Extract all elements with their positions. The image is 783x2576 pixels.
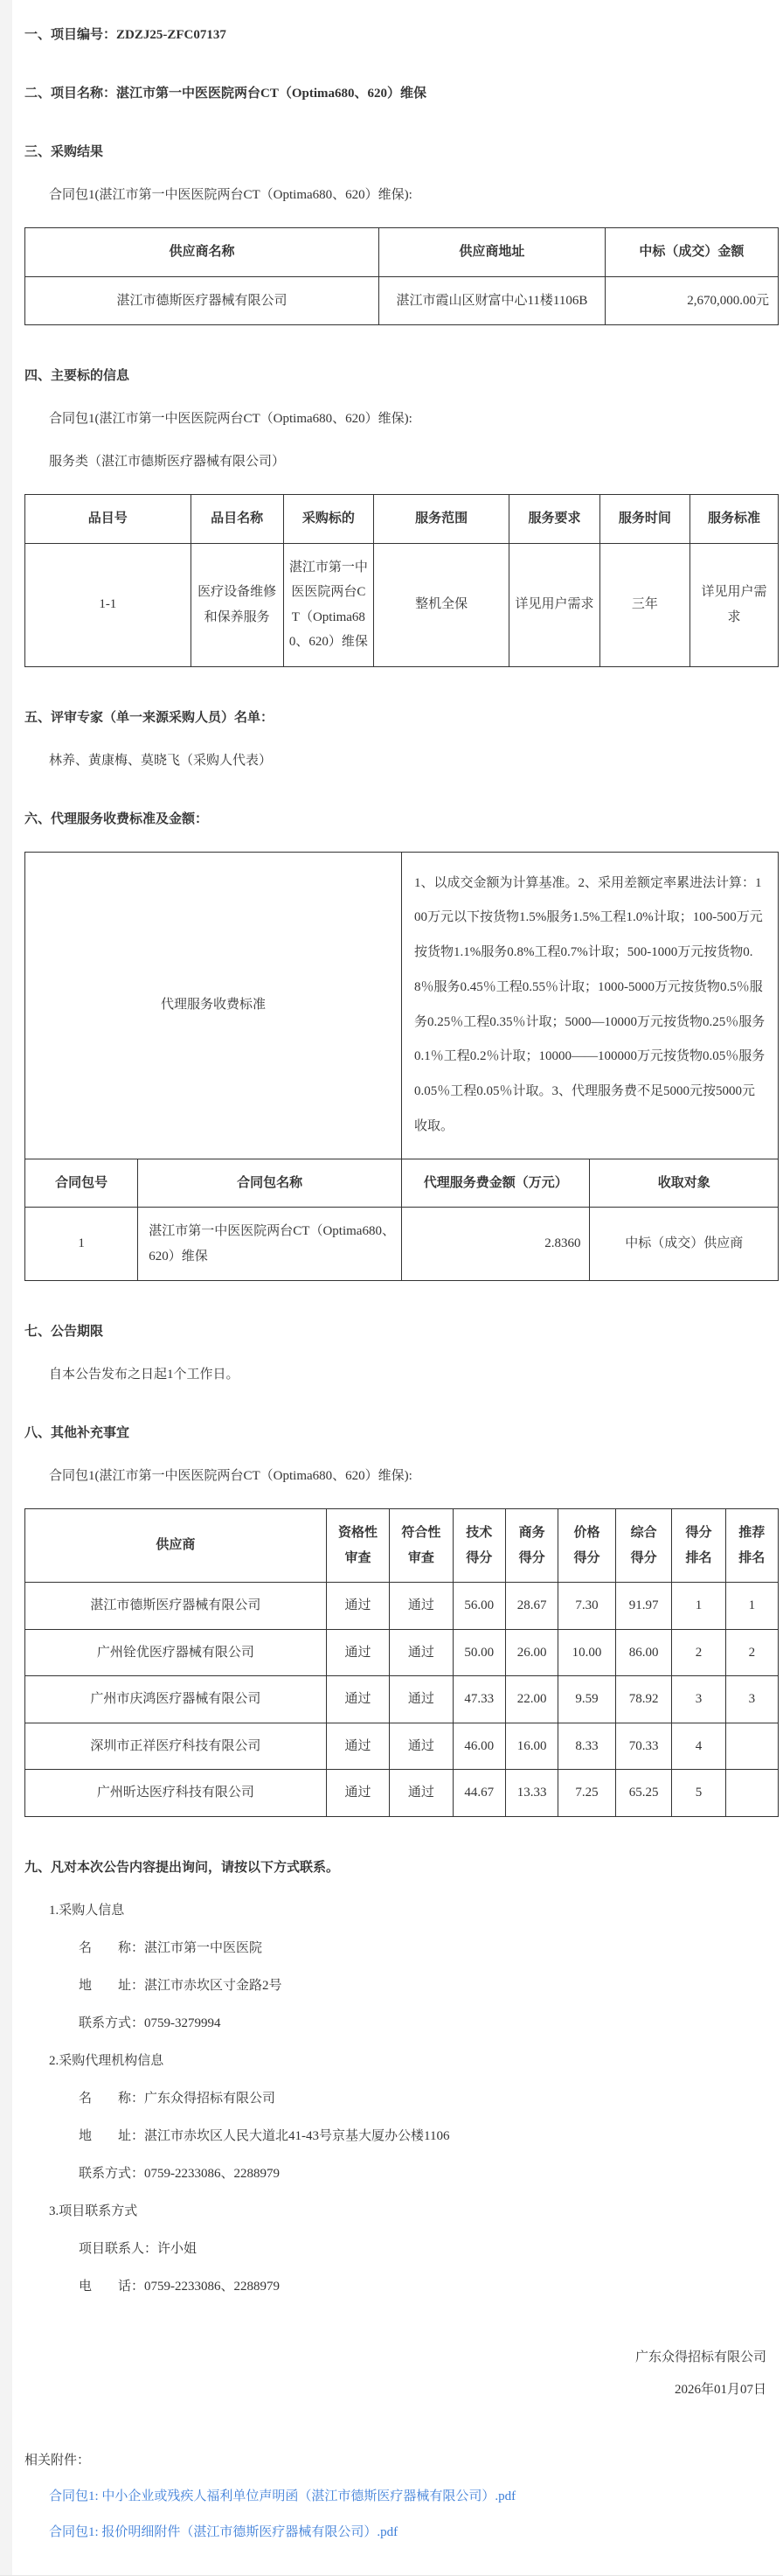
purchaser-contact: 联系方式：0759-3279994 <box>24 2013 779 2031</box>
recommend-rank-cell: 2 <box>725 1629 778 1676</box>
signature-date: 2026年01月07日 <box>24 2379 766 2398</box>
table-row: 1-1 医疗设备维修和保养服务 湛江市第一中医医院两台CT（Optima680、… <box>25 543 779 666</box>
column-header-score-rank: 得分 排名 <box>672 1509 725 1583</box>
business-score-cell: 26.00 <box>505 1629 558 1676</box>
column-header-award-amount: 中标（成交）金额 <box>605 228 778 277</box>
purchaser-address: 地 址：湛江市赤坎区寸金路2号 <box>24 1975 779 1994</box>
conformity-cell: 通过 <box>390 1723 453 1770</box>
column-header-recommend-rank: 推荐 排名 <box>725 1509 778 1583</box>
column-header-service-time: 服务时间 <box>599 495 689 544</box>
section-6-agency-fee-heading: 六、代理服务收费标准及金额： <box>24 809 779 827</box>
award-amount-cell: 2,670,000.00元 <box>605 276 778 325</box>
contact-info-block: 1.采购人信息 名 称：湛江市第一中医医院 地 址：湛江市赤坎区寸金路2号 联系… <box>24 1900 779 2294</box>
technical-score-cell: 44.67 <box>453 1770 505 1817</box>
qualification-cell: 通过 <box>326 1723 389 1770</box>
announcement-document: 一、项目编号：ZDZJ25-ZFC07137 二、项目名称：湛江市第一中医医院两… <box>0 0 783 2576</box>
column-header-technical-score: 技术 得分 <box>453 1509 505 1583</box>
section-4-subject-info-heading: 四、主要标的信息 <box>24 366 779 384</box>
recommend-rank-cell: 1 <box>725 1583 778 1630</box>
fee-standard-row: 代理服务收费标准 1、以成交金额为计算基准。2、采用差额定率累进法计算：100万… <box>25 852 779 1159</box>
column-header-package-name: 合同包名称 <box>138 1159 402 1208</box>
signature-block: 广东众得招标有限公司 2026年01月07日 <box>24 2347 779 2398</box>
page-left-margin-strip <box>0 0 12 2575</box>
table-header-row: 供应商 资格性 审查 符合性 审查 技术 得分 商务 得分 价格 得分 综合 得… <box>25 1509 779 1583</box>
supplier-name-cell: 湛江市德斯医疗器械有限公司 <box>25 276 379 325</box>
column-header-total-score: 综合 得分 <box>615 1509 672 1583</box>
section-7-notice-period-heading: 七、公告期限 <box>24 1321 779 1340</box>
total-score-cell: 70.33 <box>615 1723 672 1770</box>
announcement-content: 一、项目编号：ZDZJ25-ZFC07137 二、项目名称：湛江市第一中医医院两… <box>0 0 783 2575</box>
technical-score-cell: 50.00 <box>453 1629 505 1676</box>
column-header-fee-amount: 代理服务费金额（万元） <box>401 1159 590 1208</box>
price-score-cell: 7.25 <box>558 1770 616 1817</box>
table-row: 广州昕达医疗科技有限公司 通过 通过 44.67 13.33 7.25 65.2… <box>25 1770 779 1817</box>
section-8-package-line: 合同包1(湛江市第一中医医院两台CT（Optima680、620）维保): <box>24 1466 779 1484</box>
column-header-service-scope: 服务范围 <box>374 495 509 544</box>
qualification-cell: 通过 <box>326 1770 389 1817</box>
score-rank-cell: 2 <box>672 1629 725 1676</box>
supplier-cell: 广州市庆鸿医疗器械有限公司 <box>25 1676 327 1723</box>
project-contact-person: 项目联系人：许小姐 <box>24 2238 779 2257</box>
purchaser-info-title: 1.采购人信息 <box>24 1900 779 1918</box>
fee-standard-label-cell: 代理服务收费标准 <box>25 852 402 1159</box>
recommend-rank-cell <box>725 1723 778 1770</box>
price-score-cell: 9.59 <box>558 1676 616 1723</box>
section-4-category-line: 服务类（湛江市德斯医疗器械有限公司） <box>24 451 779 470</box>
section-9-contact-heading: 九、凡对本次公告内容提出询问，请按以下方式联系。 <box>24 1857 779 1876</box>
column-header-fee-payer: 收取对象 <box>590 1159 779 1208</box>
conformity-cell: 通过 <box>390 1770 453 1817</box>
fee-standard-text-cell: 1、以成交金额为计算基准。2、采用差额定率累进法计算：100万元以下按货物1.5… <box>401 852 778 1159</box>
column-header-conformity-review: 符合性 审查 <box>390 1509 453 1583</box>
column-header-package-no: 合同包号 <box>25 1159 138 1208</box>
table-header-row: 供应商名称 供应商地址 中标（成交）金额 <box>25 228 779 277</box>
table-header-row: 合同包号 合同包名称 代理服务费金额（万元） 收取对象 <box>25 1159 779 1208</box>
expert-names: 林养、黄康梅、莫晓飞（采购人代表） <box>24 750 779 769</box>
attachment-link-declaration-pdf[interactable]: 合同包1: 中小企业或残疾人福利单位声明函（湛江市德斯医疗器械有限公司）.pdf <box>24 2486 779 2504</box>
purchaser-name: 名 称：湛江市第一中医医院 <box>24 1938 779 1956</box>
table-row: 广州市庆鸿医疗器械有限公司 通过 通过 47.33 22.00 9.59 78.… <box>25 1676 779 1723</box>
supplier-cell: 深圳市正祥医疗科技有限公司 <box>25 1723 327 1770</box>
section-8-supplementary-heading: 八、其他补充事宜 <box>24 1423 779 1441</box>
subject-item-table: 品目号 品目名称 采购标的 服务范围 服务要求 服务时间 服务标准 1-1 医疗… <box>24 494 779 667</box>
item-no-cell: 1-1 <box>25 543 191 666</box>
table-row: 深圳市正祥医疗科技有限公司 通过 通过 46.00 16.00 8.33 70.… <box>25 1723 779 1770</box>
supplier-cell: 湛江市德斯医疗器械有限公司 <box>25 1583 327 1630</box>
score-rank-cell: 1 <box>672 1583 725 1630</box>
package-name-cell: 湛江市第一中医医院两台CT（Optima680、620）维保 <box>138 1208 402 1281</box>
column-header-service-requirement: 服务要求 <box>509 495 599 544</box>
qualification-cell: 通过 <box>326 1629 389 1676</box>
supplier-score-table: 供应商 资格性 审查 符合性 审查 技术 得分 商务 得分 价格 得分 综合 得… <box>24 1508 779 1817</box>
business-score-cell: 13.33 <box>505 1770 558 1817</box>
attachments-title: 相关附件： <box>24 2450 779 2468</box>
attachments-block: 相关附件： 合同包1: 中小企业或残疾人福利单位声明函（湛江市德斯医疗器械有限公… <box>24 2450 779 2540</box>
agency-name: 名 称：广东众得招标有限公司 <box>24 2088 779 2106</box>
column-header-service-standard: 服务标准 <box>690 495 779 544</box>
conformity-cell: 通过 <box>390 1583 453 1630</box>
table-row: 广州铨优医疗器械有限公司 通过 通过 50.00 26.00 10.00 86.… <box>25 1629 779 1676</box>
attachment-link-quotation-pdf[interactable]: 合同包1: 报价明细附件（湛江市德斯医疗器械有限公司）.pdf <box>24 2522 779 2540</box>
agency-info-title: 2.采购代理机构信息 <box>24 2050 779 2069</box>
signature-company: 广东众得招标有限公司 <box>24 2347 766 2365</box>
column-header-supplier: 供应商 <box>25 1509 327 1583</box>
agency-contact: 联系方式：0759-2233086、2288979 <box>24 2163 779 2182</box>
procurement-subject-cell: 湛江市第一中医医院两台CT（Optima680、620）维保 <box>283 543 373 666</box>
notice-period-text: 自本公告发布之日起1个工作日。 <box>24 1364 779 1382</box>
column-header-qualification-review: 资格性 审查 <box>326 1509 389 1583</box>
conformity-cell: 通过 <box>390 1676 453 1723</box>
agency-fee-table: 代理服务收费标准 1、以成交金额为计算基准。2、采用差额定率累进法计算：100万… <box>24 852 779 1282</box>
project-contact-phone: 电 话：0759-2233086、2288979 <box>24 2276 779 2294</box>
service-time-cell: 三年 <box>599 543 689 666</box>
total-score-cell: 65.25 <box>615 1770 672 1817</box>
technical-score-cell: 47.33 <box>453 1676 505 1723</box>
total-score-cell: 78.92 <box>615 1676 672 1723</box>
supplier-cell: 广州铨优医疗器械有限公司 <box>25 1629 327 1676</box>
service-scope-cell: 整机全保 <box>374 543 509 666</box>
procurement-result-table: 供应商名称 供应商地址 中标（成交）金额 湛江市德斯医疗器械有限公司 湛江市霞山… <box>24 227 779 325</box>
business-score-cell: 28.67 <box>505 1583 558 1630</box>
table-row: 湛江市德斯医疗器械有限公司 湛江市霞山区财富中心11楼1106B 2,670,0… <box>25 276 779 325</box>
column-header-item-name: 品目名称 <box>191 495 283 544</box>
score-rank-cell: 5 <box>672 1770 725 1817</box>
technical-score-cell: 56.00 <box>453 1583 505 1630</box>
table-row: 1 湛江市第一中医医院两台CT（Optima680、620）维保 2.8360 … <box>25 1208 779 1281</box>
service-requirement-cell: 详见用户需求 <box>509 543 599 666</box>
price-score-cell: 8.33 <box>558 1723 616 1770</box>
qualification-cell: 通过 <box>326 1583 389 1630</box>
column-header-item-no: 品目号 <box>25 495 191 544</box>
agency-address: 地 址：湛江市赤坎区人民大道北41-43号京基大厦办公楼1106 <box>24 2126 779 2144</box>
table-header-row: 品目号 品目名称 采购标的 服务范围 服务要求 服务时间 服务标准 <box>25 495 779 544</box>
service-standard-cell: 详见用户需求 <box>690 543 779 666</box>
fee-amount-cell: 2.8360 <box>401 1208 590 1281</box>
recommend-rank-cell <box>725 1770 778 1817</box>
technical-score-cell: 46.00 <box>453 1723 505 1770</box>
column-header-business-score: 商务 得分 <box>505 1509 558 1583</box>
total-score-cell: 86.00 <box>615 1629 672 1676</box>
supplier-address-cell: 湛江市霞山区财富中心11楼1106B <box>379 276 606 325</box>
column-header-procurement-subject: 采购标的 <box>283 495 373 544</box>
section-3-result-heading: 三、采购结果 <box>24 142 779 160</box>
section-5-experts-heading: 五、评审专家（单一来源采购人员）名单： <box>24 707 779 726</box>
recommend-rank-cell: 3 <box>725 1676 778 1723</box>
qualification-cell: 通过 <box>326 1676 389 1723</box>
project-contact-title: 3.项目联系方式 <box>24 2201 779 2219</box>
item-name-cell: 医疗设备维修和保养服务 <box>191 543 283 666</box>
package-no-cell: 1 <box>25 1208 138 1281</box>
section-2-project-name-heading: 二、项目名称：湛江市第一中医医院两台CT（Optima680、620）维保 <box>24 83 779 101</box>
column-header-supplier-name: 供应商名称 <box>25 228 379 277</box>
business-score-cell: 22.00 <box>505 1676 558 1723</box>
score-rank-cell: 4 <box>672 1723 725 1770</box>
fee-payer-cell: 中标（成交）供应商 <box>590 1208 779 1281</box>
section-1-project-number-heading: 一、项目编号：ZDZJ25-ZFC07137 <box>24 24 779 43</box>
score-rank-cell: 3 <box>672 1676 725 1723</box>
conformity-cell: 通过 <box>390 1629 453 1676</box>
business-score-cell: 16.00 <box>505 1723 558 1770</box>
price-score-cell: 10.00 <box>558 1629 616 1676</box>
column-header-supplier-address: 供应商地址 <box>379 228 606 277</box>
column-header-price-score: 价格 得分 <box>558 1509 616 1583</box>
supplier-cell: 广州昕达医疗科技有限公司 <box>25 1770 327 1817</box>
table-row: 湛江市德斯医疗器械有限公司 通过 通过 56.00 28.67 7.30 91.… <box>25 1583 779 1630</box>
price-score-cell: 7.30 <box>558 1583 616 1630</box>
section-3-package-line: 合同包1(湛江市第一中医医院两台CT（Optima680、620）维保): <box>24 184 779 203</box>
total-score-cell: 91.97 <box>615 1583 672 1630</box>
section-4-package-line: 合同包1(湛江市第一中医医院两台CT（Optima680、620）维保): <box>24 408 779 427</box>
